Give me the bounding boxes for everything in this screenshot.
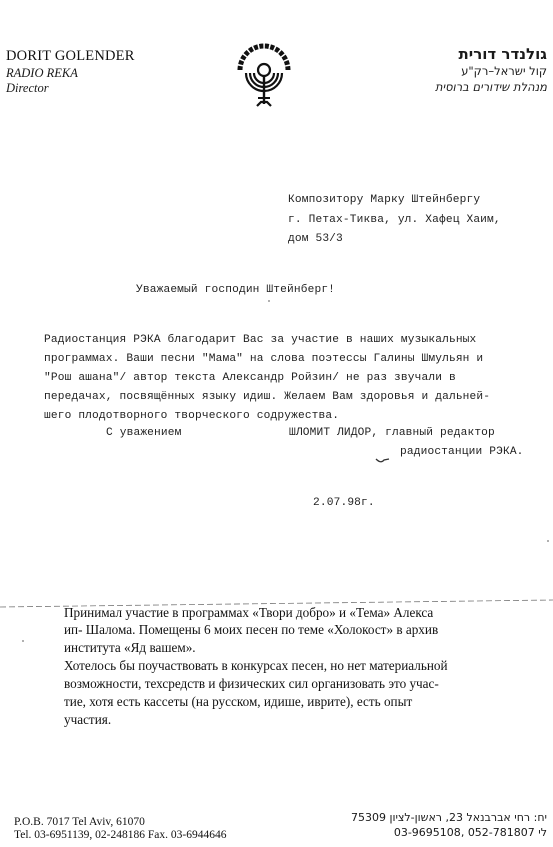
note-line: института «Яд вашем». [64, 640, 196, 656]
note-line: возможности, техсредств и физических сил… [64, 676, 439, 692]
salutation: Уважаемый господин Штейнберг! [136, 284, 335, 296]
signer-name-title: ШЛОМИТ ЛИДОР, главный редактор [289, 427, 495, 439]
letter-date: 2.07.98г. [313, 497, 375, 509]
scan-speck [22, 640, 24, 642]
scan-speck [547, 540, 549, 542]
recipient-line-2: г. Петах-Тиква, ул. Хафец Хаим, [288, 214, 501, 226]
recipient-line-3: дом 53/3 [288, 233, 343, 245]
body-line: Радиостанция РЭКА благодарит Вас за учас… [44, 334, 476, 346]
body-line: "Рош ашана"/ автор текста Александр Ройз… [44, 372, 456, 384]
letterhead-role-en: Director [6, 81, 49, 96]
note-line: Принимал участие в программах «Твори доб… [64, 605, 433, 621]
body-line: передачах, посвящённых языку идиш. Желае… [44, 391, 490, 403]
note-line: Хотелось бы поучаствовать в конкурсах пе… [64, 658, 448, 674]
footer-phone-he: לי 052-781807 ,03-9695108 [394, 826, 547, 839]
letterhead-role-he: מנהלת שידורים ברוסית [435, 80, 547, 94]
letterhead-organization-en: RADIO REKA [6, 66, 78, 81]
signer-organization: радиостанции РЭКА. [400, 446, 524, 458]
footer-address-en: P.O.B. 7017 Tel Aviv, 61070 [14, 816, 145, 828]
note-line: участия. [64, 712, 111, 728]
scan-speck [268, 300, 270, 302]
recipient-line-1: Композитору Марку Штейнбергу [288, 194, 480, 206]
note-line: ип- Шалома. Помещены 6 моих песен по тем… [64, 622, 438, 638]
footer-phone-en: Tel. 03-6951139, 02-248186 Fax. 03-69446… [14, 829, 226, 841]
signature-mark-icon [375, 452, 391, 460]
body-line: шего плодотворного творческого содружест… [44, 410, 339, 422]
letterhead-name-en: DORIT GOLENDER [6, 48, 135, 65]
letterhead-organization-he: קול ישראל–רק"ע [461, 64, 547, 78]
menorah-logo-icon [228, 40, 300, 112]
closing-regards: С уважением [106, 427, 182, 439]
note-line: тие, хотя есть кассеты (на русском, идиш… [64, 694, 412, 710]
footer-address-he: יח: רחי אברבנאל 23, ראשון-לציון 75309 [351, 811, 547, 824]
body-line: программах. Ваши песни "Мама" на слова п… [44, 353, 483, 365]
letterhead-name-he: גולנדר דורית [459, 45, 547, 63]
